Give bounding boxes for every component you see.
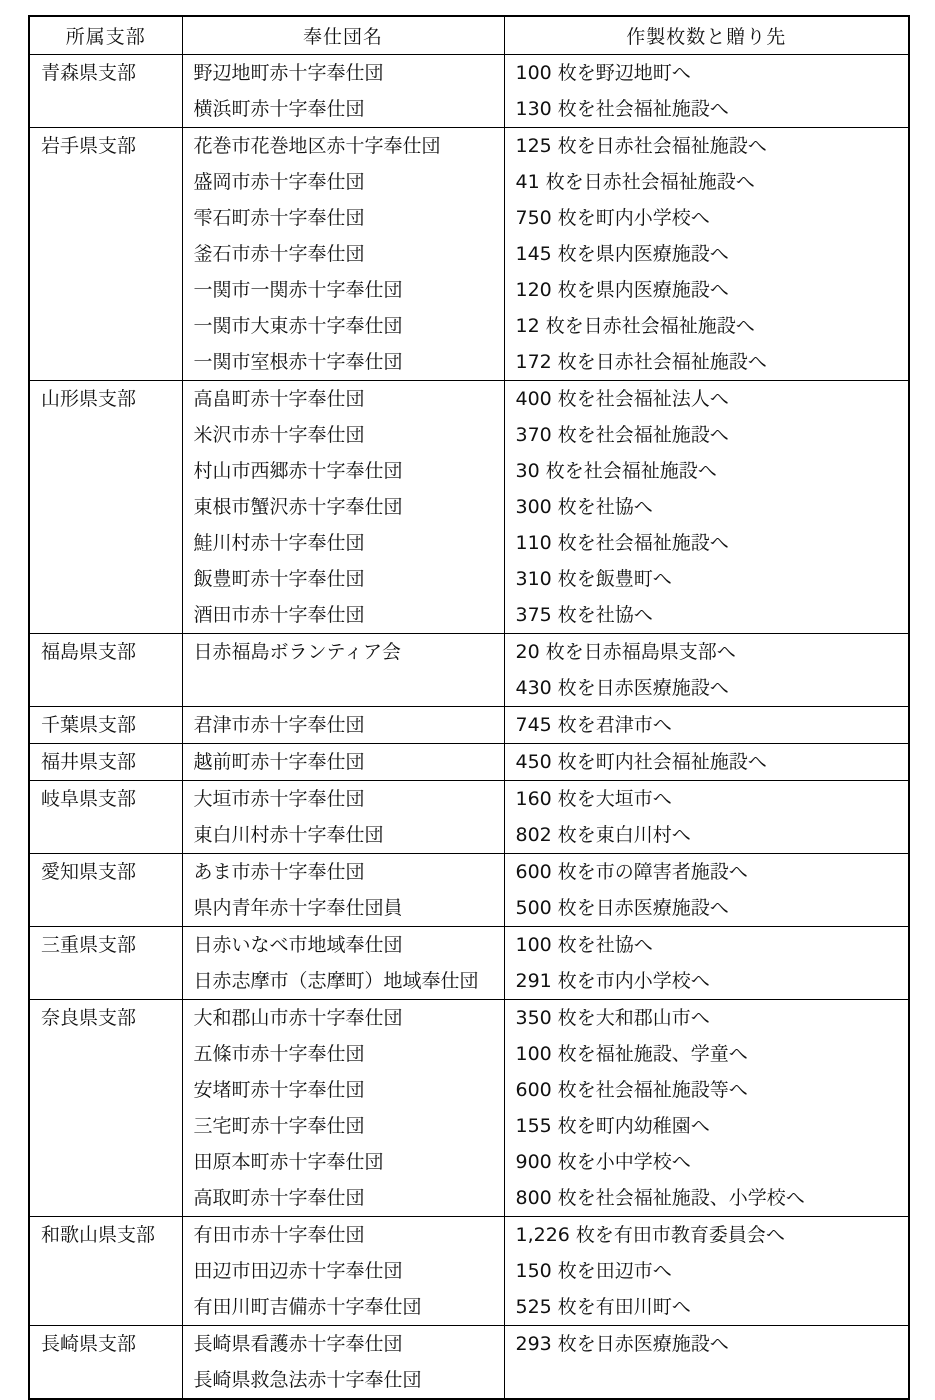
table-row: 長崎県支部長崎県看護赤十字奉仕団293 枚を日赤医療施設へ — [29, 1326, 909, 1363]
count-destination-cell: 802 枚を東白川村へ — [504, 817, 909, 854]
group-name-cell: 有田川町吉備赤十字奉仕団 — [182, 1289, 504, 1326]
group-name-cell: 三宅町赤十字奉仕団 — [182, 1108, 504, 1144]
table-row: 愛知県支部あま市赤十字奉仕団600 枚を市の障害者施設へ — [29, 854, 909, 891]
count-destination-cell — [504, 1362, 909, 1399]
group-name-cell: 県内青年赤十字奉仕団員 — [182, 890, 504, 927]
count-destination-cell: 1,226 枚を有田市教育委員会へ — [504, 1217, 909, 1254]
group-name-cell: 田辺市田辺赤十字奉仕団 — [182, 1253, 504, 1289]
table-row: 奈良県支部大和郡山市赤十字奉仕団350 枚を大和郡山市へ — [29, 1000, 909, 1037]
group-name-cell: 横浜町赤十字奉仕団 — [182, 91, 504, 128]
count-destination-cell: 100 枚を福祉施設、学童へ — [504, 1036, 909, 1072]
header-group-name: 奉仕団名 — [182, 16, 504, 55]
count-destination-cell: 375 枚を社協へ — [504, 597, 909, 634]
count-destination-cell: 350 枚を大和郡山市へ — [504, 1000, 909, 1037]
count-destination-cell: 172 枚を日赤社会福祉施設へ — [504, 344, 909, 381]
group-name-cell: 花巻市花巻地区赤十字奉仕団 — [182, 128, 504, 165]
group-name-cell: 高畠町赤十字奉仕団 — [182, 381, 504, 418]
group-name-cell: 大和郡山市赤十字奉仕団 — [182, 1000, 504, 1037]
count-destination-cell: 293 枚を日赤医療施設へ — [504, 1326, 909, 1363]
group-name-cell: 一関市室根赤十字奉仕団 — [182, 344, 504, 381]
group-name-cell: 長崎県看護赤十字奉仕団 — [182, 1326, 504, 1363]
table-row: 岐阜県支部大垣市赤十字奉仕団160 枚を大垣市へ — [29, 781, 909, 818]
count-destination-cell: 745 枚を君津市へ — [504, 707, 909, 744]
table-header: 所属支部 奉仕団名 作製枚数と贈り先 — [29, 16, 909, 55]
group-name-cell: あま市赤十字奉仕団 — [182, 854, 504, 891]
branch-cell: 千葉県支部 — [29, 707, 182, 744]
header-row: 所属支部 奉仕団名 作製枚数と贈り先 — [29, 16, 909, 55]
count-destination-cell: 100 枚を野辺地町へ — [504, 55, 909, 92]
group-name-cell: 大垣市赤十字奉仕団 — [182, 781, 504, 818]
count-destination-cell: 12 枚を日赤社会福祉施設へ — [504, 308, 909, 344]
group-name-cell: 釜石市赤十字奉仕団 — [182, 236, 504, 272]
table-row: 和歌山県支部有田市赤十字奉仕団1,226 枚を有田市教育委員会へ — [29, 1217, 909, 1254]
count-destination-cell: 130 枚を社会福祉施設へ — [504, 91, 909, 128]
header-branch: 所属支部 — [29, 16, 182, 55]
group-name-cell: 東白川村赤十字奉仕団 — [182, 817, 504, 854]
branch-cell: 福井県支部 — [29, 744, 182, 781]
branch-cell: 奈良県支部 — [29, 1000, 182, 1217]
document-page: 所属支部 奉仕団名 作製枚数と贈り先 青森県支部野辺地町赤十字奉仕団100 枚を… — [28, 15, 910, 1400]
group-name-cell: 高取町赤十字奉仕団 — [182, 1180, 504, 1217]
table-row: 三重県支部日赤いなべ市地域奉仕団100 枚を社協へ — [29, 927, 909, 964]
group-name-cell: 一関市一関赤十字奉仕団 — [182, 272, 504, 308]
count-destination-cell: 150 枚を田辺市へ — [504, 1253, 909, 1289]
group-name-cell: 長崎県救急法赤十字奉仕団 — [182, 1362, 504, 1399]
group-name-cell: 日赤福島ボランティア会 — [182, 634, 504, 671]
volunteer-groups-table: 所属支部 奉仕団名 作製枚数と贈り先 青森県支部野辺地町赤十字奉仕団100 枚を… — [28, 15, 910, 1400]
branch-cell: 長崎県支部 — [29, 1326, 182, 1400]
count-destination-cell: 300 枚を社協へ — [504, 489, 909, 525]
count-destination-cell: 100 枚を社協へ — [504, 927, 909, 964]
group-name-cell: 盛岡市赤十字奉仕団 — [182, 164, 504, 200]
count-destination-cell: 370 枚を社会福祉施設へ — [504, 417, 909, 453]
table-row: 青森県支部野辺地町赤十字奉仕団100 枚を野辺地町へ — [29, 55, 909, 92]
group-name-cell: 野辺地町赤十字奉仕団 — [182, 55, 504, 92]
count-destination-cell: 600 枚を社会福祉施設等へ — [504, 1072, 909, 1108]
count-destination-cell: 310 枚を飯豊町へ — [504, 561, 909, 597]
group-name-cell: 安堵町赤十字奉仕団 — [182, 1072, 504, 1108]
count-destination-cell: 30 枚を社会福祉施設へ — [504, 453, 909, 489]
count-destination-cell: 900 枚を小中学校へ — [504, 1144, 909, 1180]
count-destination-cell: 120 枚を県内医療施設へ — [504, 272, 909, 308]
branch-cell: 岐阜県支部 — [29, 781, 182, 854]
group-name-cell: 有田市赤十字奉仕団 — [182, 1217, 504, 1254]
group-name-cell: 田原本町赤十字奉仕団 — [182, 1144, 504, 1180]
group-name-cell: 酒田市赤十字奉仕団 — [182, 597, 504, 634]
group-name-cell — [182, 670, 504, 707]
count-destination-cell: 400 枚を社会福祉法人へ — [504, 381, 909, 418]
branch-cell: 山形県支部 — [29, 381, 182, 634]
count-destination-cell: 160 枚を大垣市へ — [504, 781, 909, 818]
table-row: 福井県支部越前町赤十字奉仕団450 枚を町内社会福祉施設へ — [29, 744, 909, 781]
count-destination-cell: 430 枚を日赤医療施設へ — [504, 670, 909, 707]
count-destination-cell: 145 枚を県内医療施設へ — [504, 236, 909, 272]
branch-cell: 愛知県支部 — [29, 854, 182, 927]
count-destination-cell: 110 枚を社会福祉施設へ — [504, 525, 909, 561]
group-name-cell: 一関市大東赤十字奉仕団 — [182, 308, 504, 344]
table-row: 千葉県支部君津市赤十字奉仕団745 枚を君津市へ — [29, 707, 909, 744]
table-body: 青森県支部野辺地町赤十字奉仕団100 枚を野辺地町へ横浜町赤十字奉仕団130 枚… — [29, 55, 909, 1400]
header-count-destination: 作製枚数と贈り先 — [504, 16, 909, 55]
count-destination-cell: 125 枚を日赤社会福祉施設へ — [504, 128, 909, 165]
branch-cell: 青森県支部 — [29, 55, 182, 128]
group-name-cell: 日赤志摩市（志摩町）地域奉仕団 — [182, 963, 504, 1000]
count-destination-cell: 450 枚を町内社会福祉施設へ — [504, 744, 909, 781]
table-row: 山形県支部高畠町赤十字奉仕団400 枚を社会福祉法人へ — [29, 381, 909, 418]
table-row: 岩手県支部花巻市花巻地区赤十字奉仕団125 枚を日赤社会福祉施設へ — [29, 128, 909, 165]
branch-cell: 三重県支部 — [29, 927, 182, 1000]
branch-cell: 福島県支部 — [29, 634, 182, 707]
branch-cell: 和歌山県支部 — [29, 1217, 182, 1326]
count-destination-cell: 20 枚を日赤福島県支部へ — [504, 634, 909, 671]
count-destination-cell: 500 枚を日赤医療施設へ — [504, 890, 909, 927]
group-name-cell: 村山市西郷赤十字奉仕団 — [182, 453, 504, 489]
group-name-cell: 雫石町赤十字奉仕団 — [182, 200, 504, 236]
table-row: 福島県支部日赤福島ボランティア会20 枚を日赤福島県支部へ — [29, 634, 909, 671]
count-destination-cell: 525 枚を有田川町へ — [504, 1289, 909, 1326]
group-name-cell: 越前町赤十字奉仕団 — [182, 744, 504, 781]
count-destination-cell: 750 枚を町内小学校へ — [504, 200, 909, 236]
group-name-cell: 米沢市赤十字奉仕団 — [182, 417, 504, 453]
count-destination-cell: 41 枚を日赤社会福祉施設へ — [504, 164, 909, 200]
count-destination-cell: 155 枚を町内幼稚園へ — [504, 1108, 909, 1144]
group-name-cell: 日赤いなべ市地域奉仕団 — [182, 927, 504, 964]
branch-cell: 岩手県支部 — [29, 128, 182, 381]
count-destination-cell: 800 枚を社会福祉施設、小学校へ — [504, 1180, 909, 1217]
group-name-cell: 東根市蟹沢赤十字奉仕団 — [182, 489, 504, 525]
group-name-cell: 鮭川村赤十字奉仕団 — [182, 525, 504, 561]
group-name-cell: 五條市赤十字奉仕団 — [182, 1036, 504, 1072]
group-name-cell: 君津市赤十字奉仕団 — [182, 707, 504, 744]
count-destination-cell: 600 枚を市の障害者施設へ — [504, 854, 909, 891]
group-name-cell: 飯豊町赤十字奉仕団 — [182, 561, 504, 597]
count-destination-cell: 291 枚を市内小学校へ — [504, 963, 909, 1000]
